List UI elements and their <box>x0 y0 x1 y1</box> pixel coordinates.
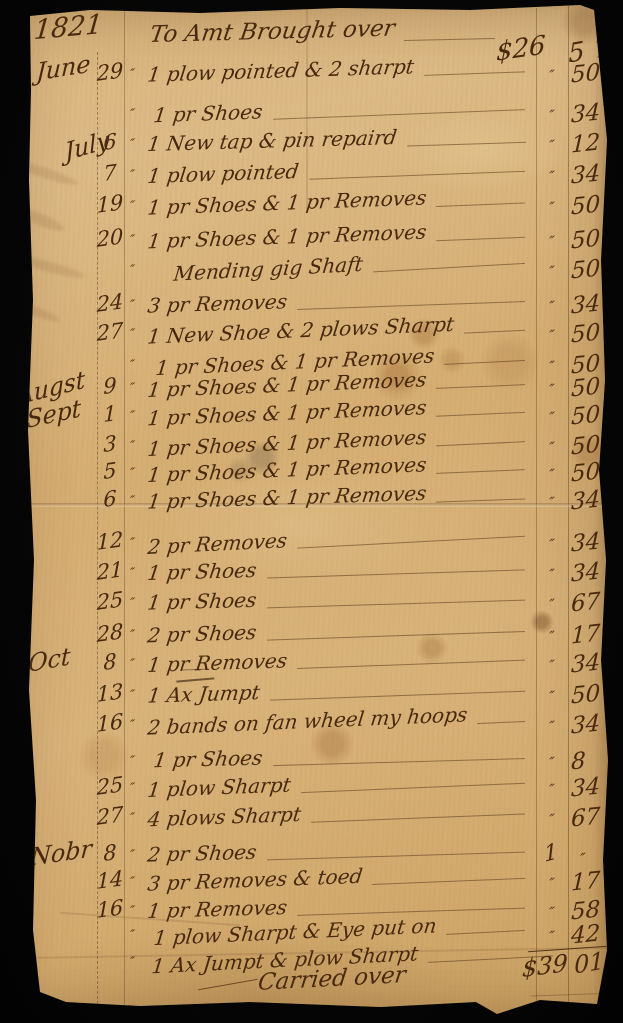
ledger-paper: 1821 To Amt Brought over $26 57 June29″1… <box>0 0 623 1023</box>
ledger-photo: { "page": { "background_color": "#050505… <box>0 0 623 1023</box>
paper-vignette <box>0 0 623 1023</box>
